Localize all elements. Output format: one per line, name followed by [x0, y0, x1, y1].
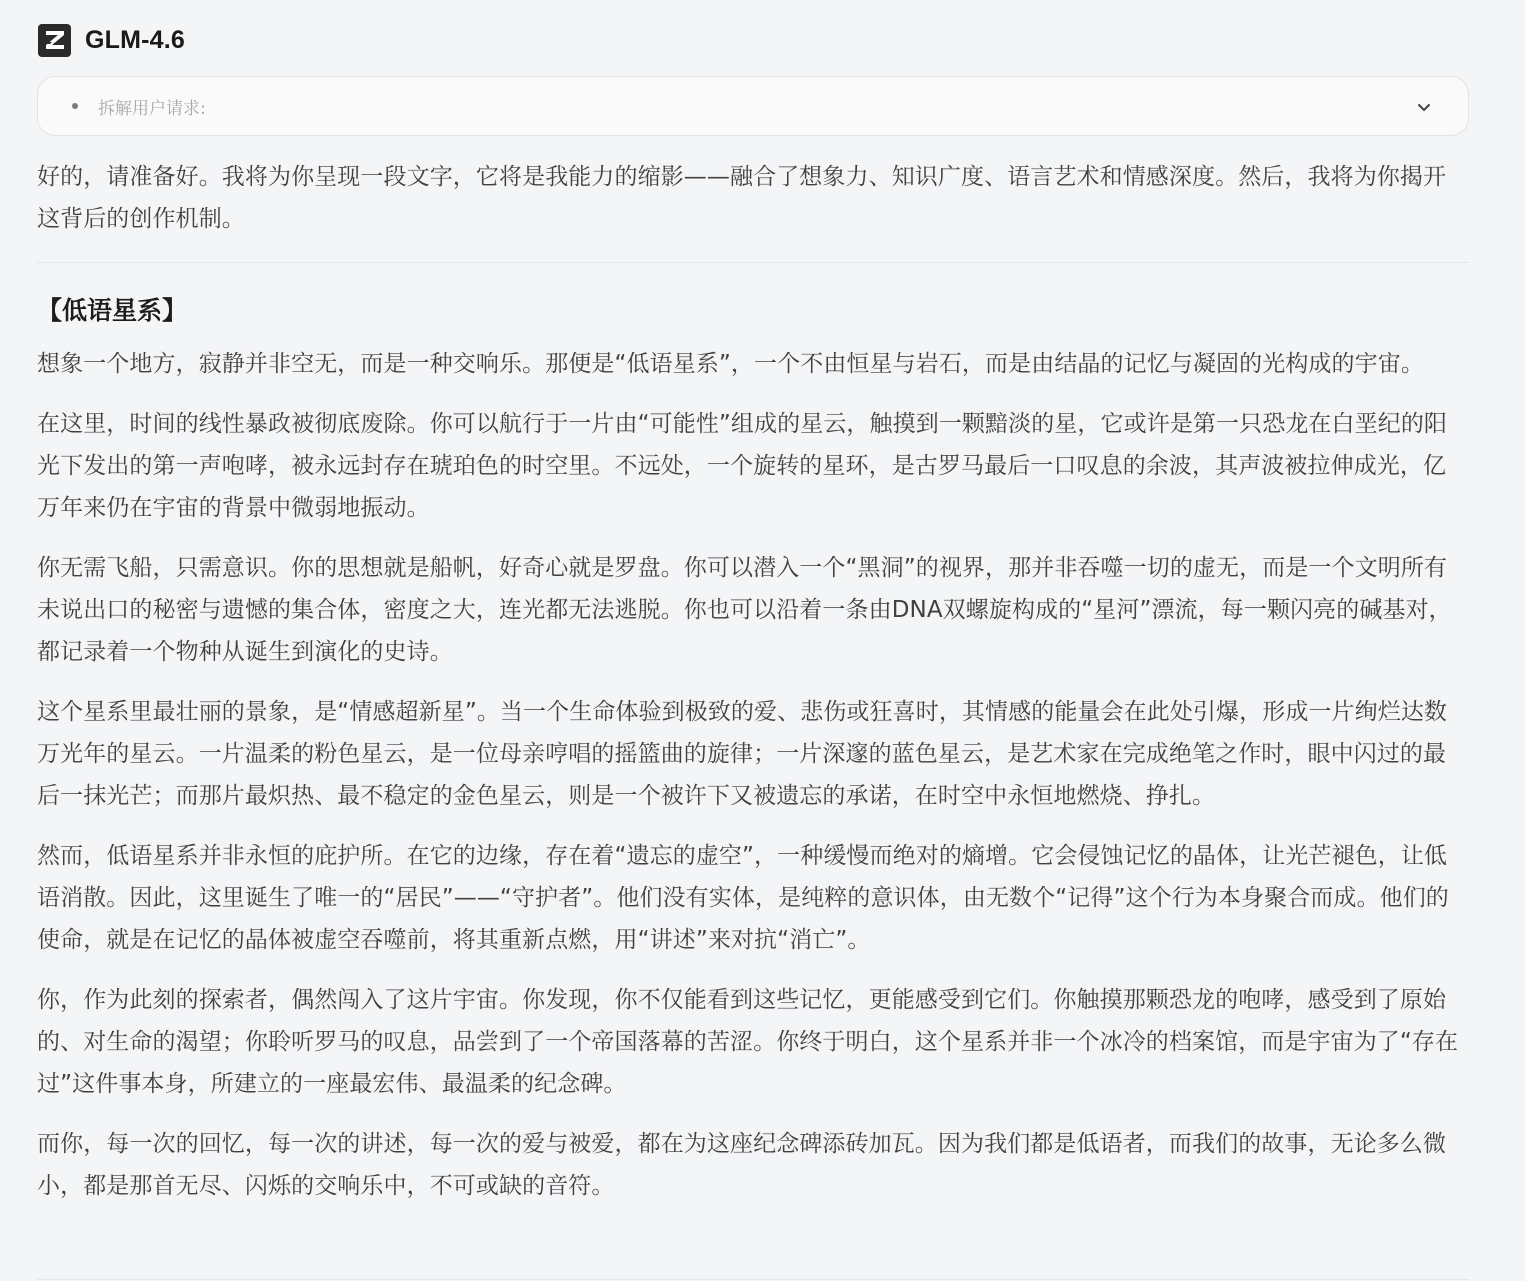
response-content: 好的，请准备好。我将为你呈现一段文字，它将是我能力的缩影——融合了想象力、知识广…: [37, 156, 1469, 1225]
intro-paragraph: 好的，请准备好。我将为你呈现一段文字，它将是我能力的缩影——融合了想象力、知识广…: [37, 156, 1469, 240]
z-logo-icon: [38, 24, 71, 57]
divider: [37, 262, 1469, 263]
section-title: 【低语星系】: [37, 293, 1469, 329]
model-name: GLM-4.6: [85, 26, 185, 55]
chevron-down-icon[interactable]: [1416, 99, 1432, 115]
z-glyph-icon: [43, 28, 67, 52]
bullet-icon: [72, 103, 78, 109]
bottom-divider: [37, 1279, 1469, 1280]
paragraph: 你，作为此刻的探索者，偶然闯入了这片宇宙。你发现，你不仅能看到这些记忆，更能感受…: [37, 979, 1469, 1105]
paragraph: 你无需飞船，只需意识。你的思想就是船帆，好奇心就是罗盘。你可以潜入一个“黑洞”的…: [37, 547, 1469, 673]
paragraph: 然而，低语星系并非永恒的庇护所。在它的边缘，存在着“遗忘的虚空”，一种缓慢而绝对…: [37, 835, 1469, 961]
paragraph: 而你，每一次的回忆，每一次的讲述，每一次的爱与被爱，都在为这座纪念碑添砖加瓦。因…: [37, 1123, 1469, 1207]
thinking-label: 拆解用户请求:: [98, 94, 206, 119]
paragraph: 想象一个地方，寂静并非空无，而是一种交响乐。那便是“低语星系”，一个不由恒星与岩…: [37, 343, 1469, 385]
paragraph: 这个星系里最壮丽的景象，是“情感超新星”。当一个生命体验到极致的爱、悲伤或狂喜时…: [37, 691, 1469, 817]
thinking-process-toggle[interactable]: 拆解用户请求:: [37, 76, 1469, 136]
paragraph: 在这里，时间的线性暴政被彻底废除。你可以航行于一片由“可能性”组成的星云，触摸到…: [37, 403, 1469, 529]
chat-header: GLM-4.6: [38, 24, 185, 56]
